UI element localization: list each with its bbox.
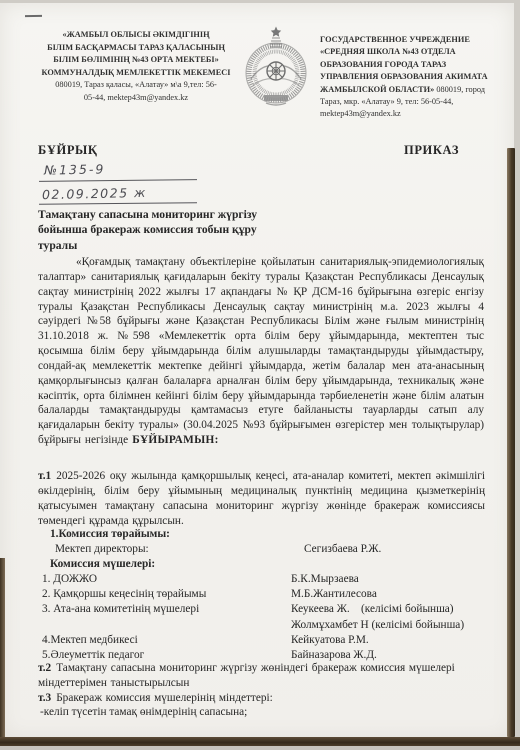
- chair-heading: 1.Комиссия төрайымы:: [38, 527, 488, 542]
- member-row: Жолмұхамбет Н (келісімі бойынша): [38, 618, 488, 633]
- scan-edge-bottom: [0, 737, 520, 746]
- handwritten-order-date: 02.09.2025 ж: [42, 185, 147, 202]
- scan-background-strip: [0, 746, 520, 750]
- document-title: Тамақтану сапасына мониторинг жүргізу бо…: [38, 207, 270, 253]
- member-name: Б.К.Мырзаева: [291, 572, 488, 587]
- members-heading: Комиссия мүшелері:: [38, 557, 488, 572]
- scanned-order-page: «ЖАМБЫЛ ОБЛЫСЫ ӘКІМДІГІНІҢ БІЛІМ БАСҚАРМ…: [0, 3, 514, 740]
- point-number: т.2: [38, 662, 51, 674]
- order-point-1: т.12025-2026 оқу жылында қамқоршылық кең…: [38, 469, 485, 529]
- member-row: 4.Мектеп медбикесі Кейкуатова Р.М.: [38, 633, 488, 648]
- kazakhstan-coat-of-arms-icon: [240, 25, 312, 109]
- member-role: 2. Қамқоршы кеңесінің төрайымы: [38, 587, 291, 602]
- org-header-russian: ГОСУДАРСТВЕННОЕ УЧРЕЖДЕНИЕ «СРЕДНЯЯ ШКОЛ…: [320, 34, 503, 121]
- preamble-text: «Қоғамдық тамақтану объектілеріне қойыла…: [38, 256, 484, 446]
- point-number: т.1: [38, 470, 51, 482]
- org-address-line: 080019, Тараз қаласы, «Алатау» м\а 9,тел…: [34, 79, 238, 92]
- member-name: Кеукеева Ж. (келісімі бойынша): [291, 602, 488, 617]
- commission-list: 1.Комиссия төрайымы: Мектеп директоры: С…: [38, 527, 488, 663]
- member-role: 3. Ата-ана комитетінің мүшелері: [38, 602, 291, 617]
- order-point-2: т.2Тамақтану сапасына мониторинг жүргізу…: [38, 661, 485, 691]
- point-text: Бракераж комиссия мүшелерінің міндеттері…: [56, 692, 273, 704]
- org-name-line: БІЛІМ БӨЛІМІНІҢ №43 ОРТА МЕКТЕБІ»: [34, 54, 238, 67]
- org-name-line: БІЛІМ БАСҚАРМАСЫ ТАРАЗ ҚАЛАСЫНЫҢ: [34, 42, 238, 55]
- member-name: Кейкуатова Р.М.: [291, 633, 488, 648]
- chair-role: Мектеп директоры:: [38, 542, 304, 557]
- point-text: Тамақтану сапасына мониторинг жүргізу жө…: [38, 662, 455, 689]
- order-label-russian: ПРИКАЗ: [404, 143, 459, 158]
- chair-row: Мектеп директоры: Сегизбаева Р.Ж.: [38, 542, 488, 557]
- scan-edge-left: [0, 558, 5, 737]
- org-name-line: «ЖАМБЫЛ ОБЛЫСЫ ӘКІМДІГІНІҢ: [34, 29, 238, 42]
- member-role: [38, 618, 291, 633]
- member-row: 3. Ата-ана комитетінің мүшелері Кеукеева…: [38, 602, 488, 617]
- org-name-line: КОММУНАЛДЫҚ МЕМЛЕКЕТТІК МЕКЕМЕСІ: [34, 67, 238, 80]
- member-role: 4.Мектеп медбикесі: [38, 633, 291, 648]
- org-address-line: 05-44, mektep43m@yandex.kz: [34, 92, 238, 105]
- scan-artifact-mark: [25, 15, 42, 17]
- order-point-3: т.3Бракераж комиссия мүшелерінің міндетт…: [38, 691, 485, 706]
- point-number: т.3: [38, 692, 51, 704]
- resolve-word: БҰЙЫРАМЫН:: [132, 434, 218, 446]
- number-underline: [39, 179, 197, 182]
- order-label-kazakh: БҰЙРЫҚ: [38, 143, 98, 158]
- member-row: 1. ДОЖЖО Б.К.Мырзаева: [38, 572, 488, 587]
- duty-bullet: -келіп түсетін тамақ өнімдерінің сапасын…: [40, 706, 247, 718]
- member-name: М.Б.Жантилесова: [291, 587, 488, 602]
- member-row: 2. Қамқоршы кеңесінің төрайымы М.Б.Жанти…: [38, 587, 488, 602]
- member-name: Жолмұхамбет Н (келісімі бойынша): [291, 618, 488, 633]
- date-underline: [39, 202, 197, 205]
- scan-edge-right: [507, 148, 515, 737]
- preamble-paragraph: «Қоғамдық тамақтану объектілеріне қойыла…: [38, 255, 484, 448]
- org-header-kazakh: «ЖАМБЫЛ ОБЛЫСЫ ӘКІМДІГІНІҢ БІЛІМ БАСҚАРМ…: [34, 29, 238, 105]
- chair-name: Сегизбаева Р.Ж.: [304, 542, 488, 557]
- member-role: 1. ДОЖЖО: [38, 572, 291, 587]
- point-text: 2025-2026 оқу жылында қамқоршылық кеңесі…: [38, 470, 485, 527]
- handwritten-order-number: №135-9: [44, 161, 106, 177]
